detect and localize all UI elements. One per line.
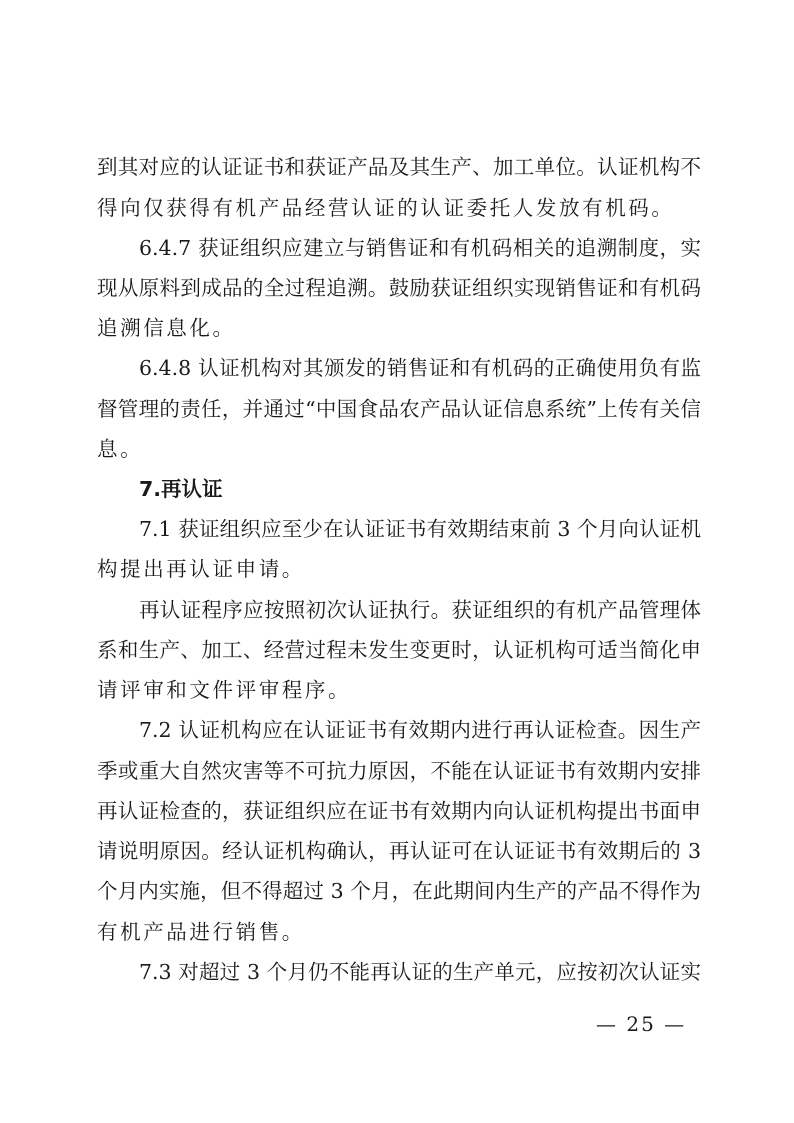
paragraph-7-1-b-line-2: 系和生产、加工、经营过程未发生变更时，认证机构可适当简化申 [97,638,701,662]
paragraph-7-2-line-4: 请说明原因。经认证机构确认，再认证可在认证证书有效期后的 3 [97,839,701,863]
paragraph-6-4-6-line-2: 到其对应的认证证书和获证产品及其生产、加工单位。认证机构不 [97,155,701,179]
paragraph-6-4-8-line-3: 息。 [97,437,701,461]
paragraph-7-3-line-1: 7.3 对超过 3 个月仍不能再认证的生产单元，应按初次认证实 [139,960,701,984]
paragraph-7-2-line-6: 有机产品进行销售。 [97,920,701,944]
page-number: — 25 — [596,1012,686,1036]
paragraph-6-4-8-line-2: 督管理的责任，并通过“中国食品农产品认证信息系统”上传有关信 [97,397,701,421]
paragraph-7-2-line-2: 季或重大自然灾害等不可抗力原因，不能在认证证书有效期内安排 [97,759,701,783]
paragraph-6-4-7-line-1: 6.4.7 获证组织应建立与销售证和有机码相关的追溯制度，实 [139,236,701,260]
paragraph-6-4-7-line-2: 现从原料到成品的全过程追溯。鼓励获证组织实现销售证和有机码 [97,276,701,300]
paragraph-7-2-line-3: 再认证检查的，获证组织应在证书有效期内向认证机构提出书面申 [97,799,701,823]
paragraph-7-2-line-5: 个月内实施，但不得超过 3 个月，在此期间内生产的产品不得作为 [97,879,701,903]
paragraph-6-4-6-line-3: 得向仅获得有机产品经营认证的认证委托人发放有机码。 [97,196,701,220]
document-page: 到其对应的认证证书和获证产品及其生产、加工单位。认证机构不 得向仅获得有机产品经… [0,0,794,1123]
paragraph-7-1-b-line-3: 请评审和文件评审程序。 [97,678,701,702]
paragraph-6-4-7-line-3: 追溯信息化。 [97,316,701,340]
paragraph-7-2-line-1: 7.2 认证机构应在认证证书有效期内进行再认证检查。因生产 [139,718,701,742]
paragraph-6-4-8-line-1: 6.4.8 认证机构对其颁发的销售证和有机码的正确使用负有监 [139,356,701,380]
paragraph-7-1-line-1: 7.1 获证组织应至少在认证证书有效期结束前 3 个月向认证机 [139,517,701,541]
section-heading-7: 7.再认证 [139,477,701,501]
paragraph-7-1-line-2: 构提出再认证申请。 [97,557,701,581]
paragraph-7-1-b-line-1: 再认证程序应按照初次认证执行。获证组织的有机产品管理体 [139,598,701,622]
